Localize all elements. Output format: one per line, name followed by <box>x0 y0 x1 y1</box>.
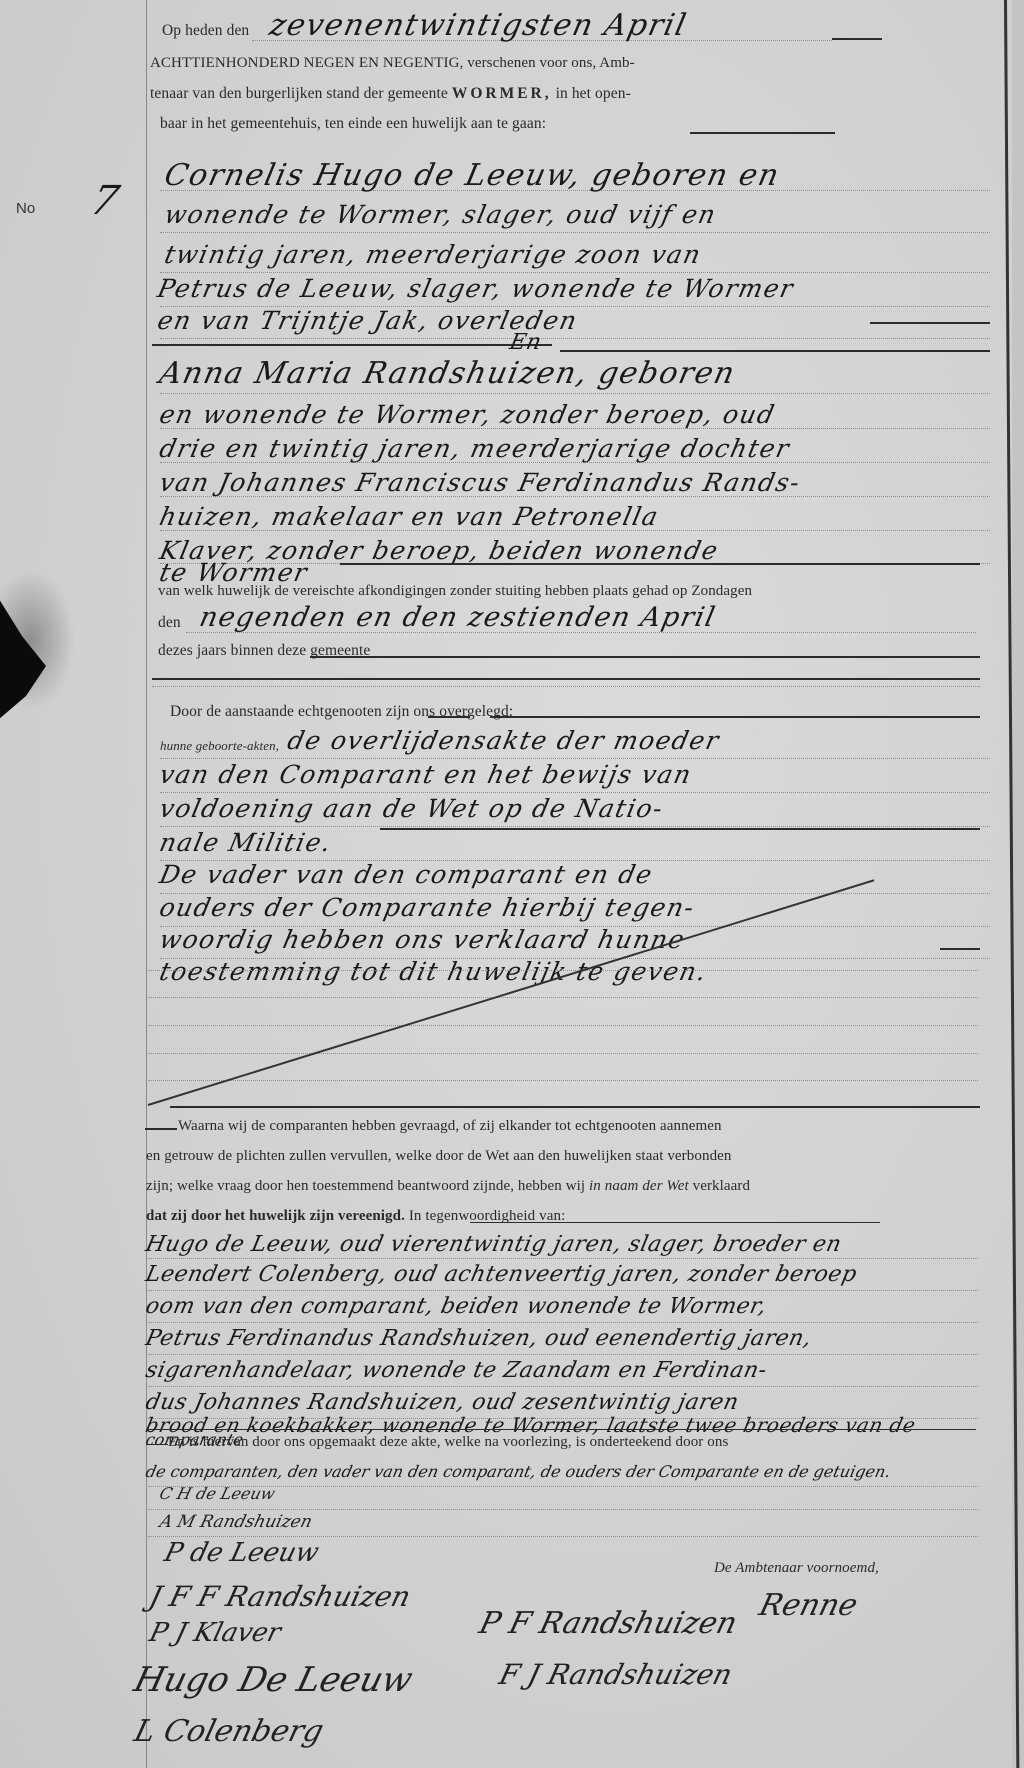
official-signature: Renne <box>756 1588 861 1623</box>
declaration-line-3: zijn; welke vraag door hen toestemmend b… <box>146 1178 750 1195</box>
dotted-rule <box>148 1080 978 1081</box>
documents-line-4: nale Militie. <box>157 828 335 857</box>
witness-line-2: Leendert Colenberg, oud achtenveertig ja… <box>143 1262 859 1287</box>
certificate-page: No 7 Op heden den zevenentwintigsten Apr… <box>0 0 1024 1768</box>
dotted-rule <box>160 826 990 827</box>
fill-line <box>152 344 552 346</box>
fill-line <box>832 38 882 40</box>
record-number: 7 <box>86 178 124 224</box>
documents-line-7: woordig hebben ons verklaard hunne <box>157 925 688 954</box>
signature-bride: A M Randshuizen <box>158 1512 315 1532</box>
bride-line-3: drie en twintig jaren, meerderjarige doc… <box>157 434 793 463</box>
fill-line <box>560 350 990 352</box>
fill-line <box>428 716 470 718</box>
dotted-rule <box>152 686 980 687</box>
birth-certificates-label: hunne geboorte-akten, <box>160 738 279 754</box>
signature-witness-3: P F Randshuizen <box>476 1606 741 1641</box>
signature-groom-father: P de Leeuw <box>161 1538 322 1568</box>
proclamations-text: van welk huwelijk de vereischte afkondig… <box>158 583 752 600</box>
signature-witness-1: Hugo De Leeuw <box>130 1660 417 1700</box>
groom-line-3: twintig jaren, meerderjarige zoon van <box>162 240 704 269</box>
declaration-line-1: Waarna wij de comparanten hebben gevraag… <box>178 1118 722 1135</box>
bride-line-5: huizen, makelaar en van Petronella <box>157 502 662 531</box>
dotted-rule <box>160 393 990 394</box>
left-margin-rule <box>146 0 147 1768</box>
dotted-rule <box>148 1354 978 1355</box>
header-line-1: Op heden den <box>162 22 249 40</box>
documents-line-5: De vader van den comparant en de <box>157 860 656 889</box>
fill-line <box>470 1222 880 1223</box>
dotted-rule <box>160 792 990 793</box>
fill-line <box>310 656 980 658</box>
bride-line-1: Anna Maria Randshuizen, geboren <box>156 356 739 391</box>
dotted-rule <box>160 272 990 273</box>
closing-handwritten: de comparanten, den vader van den compar… <box>144 1462 893 1481</box>
signature-witness-4: F J Randshuizen <box>496 1658 736 1691</box>
dotted-rule <box>148 1053 978 1054</box>
fill-line <box>146 1444 168 1445</box>
proclamation-dates: negenden en den zestienden April <box>197 602 719 633</box>
fill-line <box>170 1106 980 1108</box>
dotted-rule <box>148 1509 978 1510</box>
witness-line-3: oom van den comparant, beiden wonende te… <box>143 1294 769 1319</box>
official-label: De Ambtenaar voornoemd, <box>714 1560 879 1577</box>
header-line-2: ACHTTIENHONDERD NEGEN EN NEGENTIG, versc… <box>150 55 635 72</box>
witness-line-5: sigarenhandelaar, wonende te Zaandam en … <box>143 1358 769 1383</box>
fill-line <box>940 948 980 950</box>
dotted-rule <box>160 338 990 339</box>
bride-line-2: en wonende te Wormer, zonder beroep, oud <box>157 400 778 429</box>
dotted-rule <box>148 1258 978 1259</box>
dotted-rule <box>148 1386 978 1387</box>
fill-line <box>146 1429 976 1430</box>
groom-line-2: wonende te Wormer, slager, oud vijf en <box>162 200 719 229</box>
dotted-rule <box>148 997 978 998</box>
documents-line-8: toestemming tot dit huwelijk te geven. <box>157 957 710 986</box>
proclamations-den: den <box>158 614 181 632</box>
signature-bride-mother: P J Klaver <box>146 1618 284 1648</box>
fill-line <box>145 1128 177 1130</box>
dotted-rule <box>160 232 990 233</box>
groom-line-1: Cornelis Hugo de Leeuw, geboren en <box>161 158 783 193</box>
header-line-3: tenaar van den burgerlijken stand der ge… <box>150 85 631 103</box>
signature-bride-father: J F F Randshuizen <box>146 1580 414 1613</box>
documents-intro: Door de aanstaande echtgenooten zijn ons… <box>170 703 513 721</box>
fill-line <box>870 322 990 324</box>
fill-line <box>490 716 980 718</box>
bride-line-4: van Johannes Franciscus Ferdinandus Rand… <box>157 468 804 497</box>
handwritten-date: zevenentwintigsten April <box>266 8 690 43</box>
dotted-rule <box>160 758 990 759</box>
groom-line-4: Petrus de Leeuw, slager, wonende te Worm… <box>155 274 797 303</box>
dotted-rule <box>148 1025 978 1026</box>
documents-line-1: de overlijdensakte der moeder <box>285 726 723 755</box>
signature-groom: C H de Leeuw <box>158 1484 277 1503</box>
dotted-rule <box>148 1290 978 1291</box>
dotted-rule <box>148 1536 978 1537</box>
signature-witness-2: L Colenberg <box>131 1714 327 1749</box>
fill-line <box>380 828 980 830</box>
witness-line-4: Petrus Ferdinandus Randshuizen, oud eene… <box>143 1326 814 1351</box>
declaration-line-2: en getrouw de plichten zullen vervullen,… <box>146 1148 732 1165</box>
header-line-4: baar in het gemeentehuis, ten einde een … <box>160 115 546 133</box>
fill-line <box>340 563 980 565</box>
closing-printed: En is hiervan door ons opgemaakt deze ak… <box>168 1434 728 1451</box>
witness-line-1: Hugo de Leeuw, oud vierentwintig jaren, … <box>143 1232 844 1257</box>
documents-line-6: ouders der Comparante hierbij tegen- <box>157 893 698 922</box>
witness-line-6: dus Johannes Randshuizen, oud zesentwint… <box>143 1390 741 1415</box>
connector-en: En <box>507 330 544 355</box>
dotted-rule <box>148 970 978 971</box>
fill-line <box>690 132 835 134</box>
documents-line-3: voldoening aan de Wet op de Natio- <box>157 794 666 823</box>
municipality-name: WORMER, <box>452 85 552 102</box>
dotted-rule <box>148 1322 978 1323</box>
fill-line <box>152 678 980 680</box>
documents-line-2: van den Comparant en het bewijs van <box>157 760 695 789</box>
record-number-label: No <box>16 200 35 217</box>
